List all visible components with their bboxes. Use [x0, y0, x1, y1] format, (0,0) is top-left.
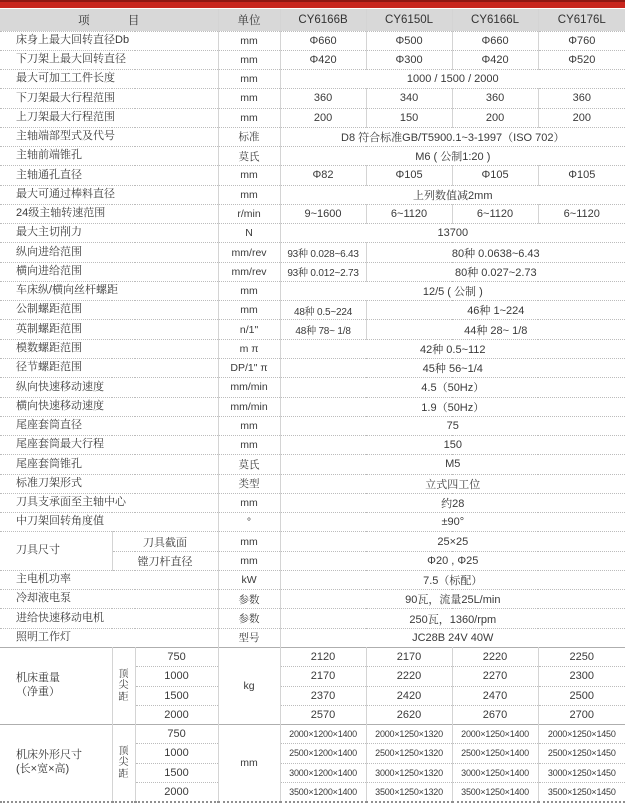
value-cell: 360: [538, 89, 625, 108]
spec-label: 公制螺距范围: [0, 301, 218, 320]
spec-table: 项 目 单位 CY6166B CY6150L CY6166L CY6176L 床…: [0, 9, 625, 803]
value-cell: 200: [452, 108, 538, 127]
spec-sublabel: 刀具截面: [112, 532, 218, 551]
spec-label: 上刀架最大行程范围: [0, 108, 218, 127]
spec-label: 刀具尺寸: [0, 532, 112, 571]
value-cell: 4.5（50Hz）: [280, 378, 625, 397]
unit-cell: mm: [218, 301, 280, 320]
value-cell: 80种 0.0638~6.43: [366, 243, 625, 262]
unit-cell: 莫氏: [218, 455, 280, 474]
center-distance-value: 2000: [135, 705, 218, 724]
spec-row: 尾座套筒直径mm75: [0, 416, 625, 435]
value-cell: 90瓦，流量25L/min: [280, 590, 625, 609]
unit-cell: °: [218, 513, 280, 532]
value-cell: 2270: [452, 667, 538, 686]
spec-label: 刀具支承面至主轴中心: [0, 493, 218, 512]
value-cell: 3500×1250×1450: [538, 782, 625, 802]
unit-cell: r/min: [218, 204, 280, 223]
value-cell: 9~1600: [280, 204, 366, 223]
value-cell: 200: [538, 108, 625, 127]
value-cell: M5: [280, 455, 625, 474]
unit-cell: mm: [218, 70, 280, 89]
value-cell: 3500×1200×1400: [280, 782, 366, 802]
value-cell: 42种 0.5~112: [280, 339, 625, 358]
unit-cell: mm: [218, 436, 280, 455]
unit-cell: mm: [218, 281, 280, 300]
value-cell: Φ660: [452, 31, 538, 50]
spec-row: 纵向快速移动速度mm/min4.5（50Hz）: [0, 378, 625, 397]
spec-row: 下刀架上最大回转直径mmΦ420Φ300Φ420Φ520: [0, 50, 625, 69]
center-distance-value: 1000: [135, 744, 218, 763]
value-cell: 3000×1250×1450: [538, 763, 625, 782]
unit-cell: mm: [218, 185, 280, 204]
spec-row: 英制螺距范围n/1"48种 78~ 1/844种 28~ 1/8: [0, 320, 625, 339]
spec-row: 床身上最大回转直径DbmmΦ660Φ500Φ660Φ760: [0, 31, 625, 50]
unit-cell: 参数: [218, 609, 280, 628]
value-cell: 2500: [538, 686, 625, 705]
unit-cell: m π: [218, 339, 280, 358]
value-cell: 3500×1250×1320: [366, 782, 452, 802]
unit-cell: mm: [218, 31, 280, 50]
value-cell: 3000×1200×1400: [280, 763, 366, 782]
spec-label: 纵向进给范围: [0, 243, 218, 262]
spec-row: 最大可通过棒料直径mm上列数值减2mm: [0, 185, 625, 204]
value-cell: 2420: [366, 686, 452, 705]
unit-cell: mm: [218, 725, 280, 802]
spec-row: 模数螺距范围m π42种 0.5~112: [0, 339, 625, 358]
value-cell: 44种 28~ 1/8: [366, 320, 625, 339]
value-cell: 250瓦，1360/rpm: [280, 609, 625, 628]
spec-label: 主电机功率: [0, 570, 218, 589]
value-cell: Φ105: [538, 166, 625, 185]
value-cell: Φ82: [280, 166, 366, 185]
unit-cell: DP/1" π: [218, 359, 280, 378]
spec-label: 最大可加工工件长度: [0, 70, 218, 89]
spec-row: 刀具尺寸刀具截面mm25×25: [0, 532, 625, 551]
spec-label: 最大主切削力: [0, 224, 218, 243]
unit-cell: mm: [218, 551, 280, 570]
spec-label: 模数螺距范围: [0, 339, 218, 358]
value-cell: 93种 0.012~2.73: [280, 262, 366, 281]
value-cell: 3000×1250×1320: [366, 763, 452, 782]
unit-cell: kW: [218, 570, 280, 589]
unit-cell: 类型: [218, 474, 280, 493]
unit-cell: 莫氏: [218, 147, 280, 166]
value-cell: 48种 0.5~224: [280, 301, 366, 320]
unit-cell: mm: [218, 89, 280, 108]
value-cell: D8 符合标准GB/T5900.1~3-1997（ISO 702）: [280, 127, 625, 146]
spec-row: 最大可加工工件长度mm1000 / 1500 / 2000: [0, 70, 625, 89]
spec-label: 径节螺距范围: [0, 359, 218, 378]
unit-cell: 标准: [218, 127, 280, 146]
spec-row: 进给快速移动电机参数250瓦，1360/rpm: [0, 609, 625, 628]
spec-row: 最大主切削力N13700: [0, 224, 625, 243]
value-cell: 1000 / 1500 / 2000: [280, 70, 625, 89]
unit-cell: mm: [218, 493, 280, 512]
center-distance-label: 顶 尖 距: [112, 648, 135, 725]
spec-row: 机床重量 （净重）顶 尖 距750kg2120217022202250: [0, 648, 625, 667]
spec-row: 主轴前端锥孔莫氏M6 ( 公制1:20 ): [0, 147, 625, 166]
value-cell: 200: [280, 108, 366, 127]
spec-row: 机床外形尺寸 (长×宽×高)顶 尖 距750mm2000×1200×140020…: [0, 725, 625, 744]
value-cell: 2670: [452, 705, 538, 724]
spec-label: 主轴通孔直径: [0, 166, 218, 185]
value-cell: 上列数值减2mm: [280, 185, 625, 204]
value-cell: Φ500: [366, 31, 452, 50]
value-cell: 3000×1250×1400: [452, 763, 538, 782]
spec-sublabel: 镗刀杆直径: [112, 551, 218, 570]
value-cell: 2500×1250×1400: [452, 744, 538, 763]
spec-label: 英制螺距范围: [0, 320, 218, 339]
value-cell: 2500×1250×1450: [538, 744, 625, 763]
value-cell: 2220: [452, 648, 538, 667]
value-cell: 2170: [280, 667, 366, 686]
col-header-unit: 单位: [218, 9, 280, 31]
value-cell: 2000×1200×1400: [280, 725, 366, 744]
value-cell: Φ20 , Φ25: [280, 551, 625, 570]
spec-label: 最大可通过棒料直径: [0, 185, 218, 204]
spec-row: 横向进给范围mm/rev93种 0.012~2.7380种 0.027~2.73: [0, 262, 625, 281]
value-cell: Φ420: [280, 50, 366, 69]
spec-row: 24级主轴转速范围r/min9~16006~11206~11206~1120: [0, 204, 625, 223]
unit-cell: mm/min: [218, 378, 280, 397]
value-cell: 25×25: [280, 532, 625, 551]
unit-cell: mm/rev: [218, 243, 280, 262]
spec-label: 下刀架上最大回转直径: [0, 50, 218, 69]
spec-row: 车床纵/横向丝杆螺距mm12/5 ( 公制 ): [0, 281, 625, 300]
unit-cell: mm: [218, 108, 280, 127]
spec-row: 主轴通孔直径mmΦ82Φ105Φ105Φ105: [0, 166, 625, 185]
value-cell: Φ105: [452, 166, 538, 185]
value-cell: 45种 56~1/4: [280, 359, 625, 378]
spec-row: 照明工作灯型号JC28B 24V 40W: [0, 628, 625, 647]
value-cell: 46种 1~224: [366, 301, 625, 320]
unit-cell: mm/min: [218, 397, 280, 416]
value-cell: 93种 0.028~6.43: [280, 243, 366, 262]
spec-row: 尾座套筒最大行程mm150: [0, 436, 625, 455]
unit-cell: mm: [218, 532, 280, 551]
value-cell: M6 ( 公制1:20 ): [280, 147, 625, 166]
spec-table-body: 床身上最大回转直径DbmmΦ660Φ500Φ660Φ760下刀架上最大回转直径m…: [0, 31, 625, 802]
value-cell: 2500×1250×1320: [366, 744, 452, 763]
col-header-model: CY6176L: [538, 9, 625, 31]
center-distance-value: 1500: [135, 763, 218, 782]
value-cell: 150: [280, 436, 625, 455]
spec-row: 下刀架最大行程范围mm360340360360: [0, 89, 625, 108]
center-distance-value: 2000: [135, 782, 218, 802]
value-cell: 2120: [280, 648, 366, 667]
col-header-model: CY6150L: [366, 9, 452, 31]
spec-row: 径节螺距范围DP/1" π45种 56~1/4: [0, 359, 625, 378]
unit-cell: 型号: [218, 628, 280, 647]
col-header-item: 项 目: [0, 9, 218, 31]
value-cell: 75: [280, 416, 625, 435]
top-accent-bar: [0, 0, 625, 8]
spec-label: 标准刀架形式: [0, 474, 218, 493]
value-cell: 12/5 ( 公制 ): [280, 281, 625, 300]
value-cell: 6~1120: [538, 204, 625, 223]
spec-label: 中刀架回转角度值: [0, 513, 218, 532]
spec-row: 中刀架回转角度值°±90°: [0, 513, 625, 532]
center-distance-value: 1000: [135, 667, 218, 686]
spec-row: 主电机功率kW7.5（标配）: [0, 570, 625, 589]
spec-label: 进给快速移动电机: [0, 609, 218, 628]
center-distance-label: 顶 尖 距: [112, 725, 135, 802]
spec-label: 主轴前端锥孔: [0, 147, 218, 166]
value-cell: 2700: [538, 705, 625, 724]
value-cell: 2470: [452, 686, 538, 705]
value-cell: Φ660: [280, 31, 366, 50]
value-cell: 2570: [280, 705, 366, 724]
value-cell: 80种 0.027~2.73: [366, 262, 625, 281]
spec-label: 尾座套筒直径: [0, 416, 218, 435]
unit-cell: mm/rev: [218, 262, 280, 281]
col-header-model: CY6166L: [452, 9, 538, 31]
unit-cell: N: [218, 224, 280, 243]
value-cell: 360: [452, 89, 538, 108]
spec-label: 床身上最大回转直径Db: [0, 31, 218, 50]
value-cell: Φ420: [452, 50, 538, 69]
col-header-model: CY6166B: [280, 9, 366, 31]
value-cell: 2220: [366, 667, 452, 686]
spec-row: 冷却液电泵参数90瓦，流量25L/min: [0, 590, 625, 609]
spec-label: 24级主轴转速范围: [0, 204, 218, 223]
center-distance-value: 1500: [135, 686, 218, 705]
value-cell: Φ300: [366, 50, 452, 69]
table-header-row: 项 目 单位 CY6166B CY6150L CY6166L CY6176L: [0, 9, 625, 31]
value-cell: 13700: [280, 224, 625, 243]
spec-label: 横向快速移动速度: [0, 397, 218, 416]
value-cell: 约28: [280, 493, 625, 512]
unit-cell: n/1": [218, 320, 280, 339]
spec-label: 下刀架最大行程范围: [0, 89, 218, 108]
value-cell: 7.5（标配）: [280, 570, 625, 589]
unit-cell: mm: [218, 166, 280, 185]
center-distance-value: 750: [135, 648, 218, 667]
value-cell: 2250: [538, 648, 625, 667]
spec-label: 冷却液电泵: [0, 590, 218, 609]
spec-row: 尾座套筒锥孔莫氏M5: [0, 455, 625, 474]
spec-label: 主轴端部型式及代号: [0, 127, 218, 146]
spec-row: 横向快速移动速度mm/min1.9（50Hz）: [0, 397, 625, 416]
spec-label: 纵向快速移动速度: [0, 378, 218, 397]
spec-row: 纵向进给范围mm/rev93种 0.028~6.4380种 0.0638~6.4…: [0, 243, 625, 262]
spec-label: 尾座套筒锥孔: [0, 455, 218, 474]
spec-label: 机床重量 （净重）: [0, 648, 112, 725]
value-cell: 360: [280, 89, 366, 108]
spec-row: 上刀架最大行程范围mm200150200200: [0, 108, 625, 127]
spec-label: 横向进给范围: [0, 262, 218, 281]
spec-label: 机床外形尺寸 (长×宽×高): [0, 725, 112, 802]
spec-row: 刀具支承面至主轴中心mm约28: [0, 493, 625, 512]
value-cell: 2300: [538, 667, 625, 686]
value-cell: 立式四工位: [280, 474, 625, 493]
value-cell: 2000×1250×1400: [452, 725, 538, 744]
unit-cell: mm: [218, 416, 280, 435]
unit-cell: mm: [218, 50, 280, 69]
spec-row: 主轴端部型式及代号标准D8 符合标准GB/T5900.1~3-1997（ISO …: [0, 127, 625, 146]
value-cell: 48种 78~ 1/8: [280, 320, 366, 339]
value-cell: 2000×1250×1450: [538, 725, 625, 744]
value-cell: 340: [366, 89, 452, 108]
value-cell: 2620: [366, 705, 452, 724]
value-cell: Φ105: [366, 166, 452, 185]
value-cell: JC28B 24V 40W: [280, 628, 625, 647]
value-cell: Φ520: [538, 50, 625, 69]
center-distance-value: 750: [135, 725, 218, 744]
value-cell: 2370: [280, 686, 366, 705]
value-cell: 6~1120: [452, 204, 538, 223]
value-cell: 1.9（50Hz）: [280, 397, 625, 416]
value-cell: 2170: [366, 648, 452, 667]
value-cell: Φ760: [538, 31, 625, 50]
value-cell: 2500×1200×1400: [280, 744, 366, 763]
spec-label: 尾座套筒最大行程: [0, 436, 218, 455]
value-cell: ±90°: [280, 513, 625, 532]
spec-label: 照明工作灯: [0, 628, 218, 647]
spec-label: 车床纵/横向丝杆螺距: [0, 281, 218, 300]
unit-cell: kg: [218, 648, 280, 725]
value-cell: 3500×1250×1400: [452, 782, 538, 802]
value-cell: 150: [366, 108, 452, 127]
value-cell: 6~1120: [366, 204, 452, 223]
spec-row: 公制螺距范围mm48种 0.5~22446种 1~224: [0, 301, 625, 320]
unit-cell: 参数: [218, 590, 280, 609]
value-cell: 2000×1250×1320: [366, 725, 452, 744]
spec-row: 标准刀架形式类型立式四工位: [0, 474, 625, 493]
